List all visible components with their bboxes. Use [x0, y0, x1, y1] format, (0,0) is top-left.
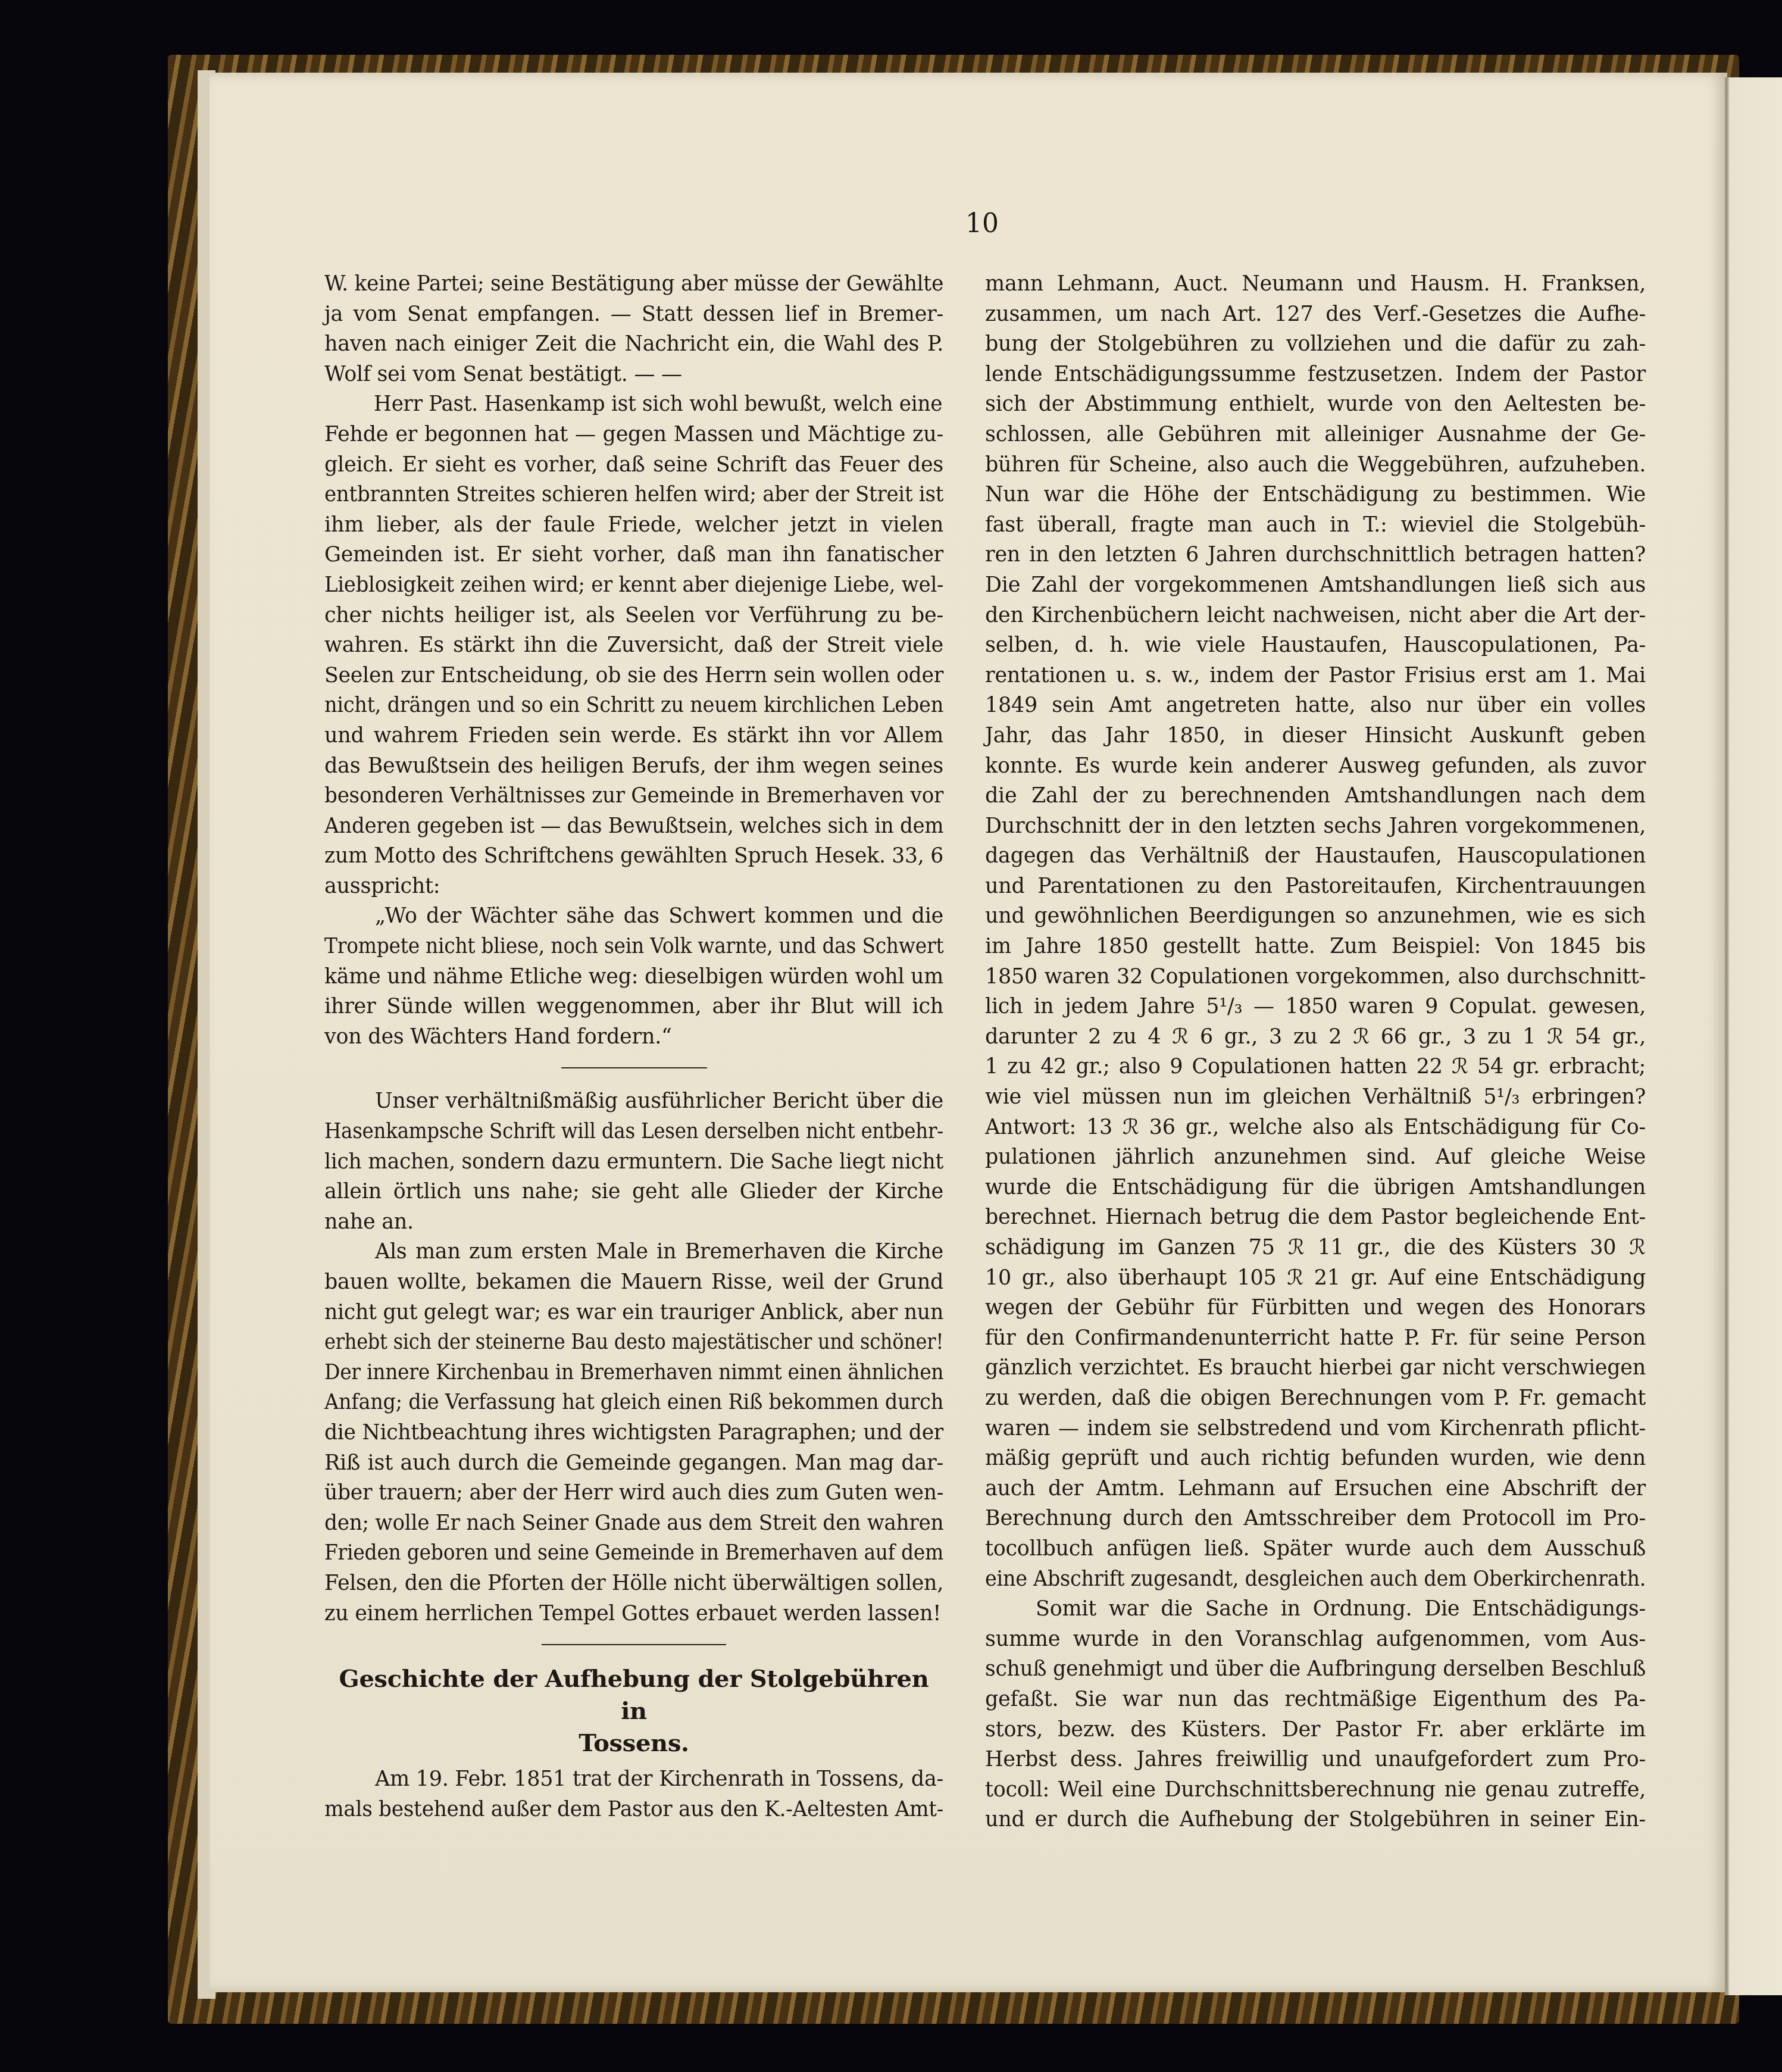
text-line: erhebt sich der steinerne Bau desto maje… — [324, 1327, 943, 1358]
text-line: rentationen u. s. w., indem der Pastor F… — [985, 661, 1646, 691]
text-line: ihm lieber, als der faule Friede, welche… — [324, 510, 943, 540]
section-heading-line: Tossens. — [324, 1727, 943, 1760]
text-line: 1 zu 42 gr.; also 9 Copulationen hatten … — [985, 1052, 1646, 1082]
text-line: gefaßt. Sie war nun das rechtmäßige Eige… — [985, 1685, 1646, 1715]
text-line: nicht, drängen und so ein Schritt zu neu… — [324, 690, 943, 721]
text-line: Unser verhältnißmäßig ausführlicher Beri… — [324, 1086, 943, 1117]
text-line: Anfang; die Verfassung hat gleich einen … — [324, 1387, 943, 1418]
text-line: Herbst dess. Jahres freiwillig und unauf… — [985, 1745, 1646, 1775]
text-line: tocoll: Weil eine Durchschnittsberechnun… — [985, 1775, 1646, 1805]
text-line: konnte. Es wurde kein anderer Ausweg gef… — [985, 751, 1646, 782]
text-line: Fehde er begonnen hat — gegen Massen und… — [324, 420, 943, 450]
paragraph: Somit war die Sache in Ordnung. Die Ents… — [985, 1594, 1646, 1835]
text-line: ihrer Sünde willen weggenommen, aber ihr… — [324, 992, 943, 1022]
text-line: Jahr, das Jahr 1850, in dieser Hinsicht … — [985, 721, 1646, 751]
text-line: W. keine Partei; seine Bestätigung aber … — [324, 269, 943, 299]
text-line: Seelen zur Entscheidung, ob sie des Herr… — [324, 661, 943, 691]
facing-page-edge — [1725, 77, 1782, 1995]
text-line: zu werden, daß die obigen Berechnungen v… — [985, 1383, 1646, 1414]
text-line: zu einem herrlichen Tempel Gottes erbaue… — [324, 1599, 943, 1629]
text-line: wurde die Entschädigung für die übrigen … — [985, 1173, 1646, 1203]
text-line: summe wurde in den Voranschlag aufgenomm… — [985, 1624, 1646, 1655]
text-line: Herr Past. Hasenkamp ist sich wohl bewuß… — [324, 389, 942, 420]
text-line: ren in den letzten 6 Jahren durchschnitt… — [985, 540, 1646, 570]
text-line: lich machen, sondern dazu ermuntern. Die… — [324, 1147, 943, 1177]
text-line: dagegen das Verhältniß der Haustaufen, H… — [985, 841, 1646, 871]
section-heading-line: Geschichte der Aufhebung der Stolgebühre… — [324, 1663, 943, 1727]
text-line: den Kirchenbüchern leicht nachweisen, ni… — [985, 601, 1646, 631]
text-line: tocollbuch anfügen ließ. Später wurde au… — [985, 1534, 1646, 1564]
text-line: Wolf sei vom Senat bestätigt. — — — [324, 360, 943, 390]
right-column: mann Lehmann, Auct. Neumann und Hausm. H… — [985, 269, 1646, 1835]
text-line: mals bestehend außer dem Pastor aus den … — [324, 1795, 943, 1825]
paragraph: Am 19. Febr. 1851 trat der Kirchenrath i… — [324, 1764, 943, 1824]
text-line: Der innere Kirchenbau in Bremerhaven nim… — [324, 1358, 943, 1388]
text-line: mäßig geprüft und auch richtig befunden … — [985, 1443, 1646, 1474]
text-line: nicht gut gelegt war; es war ein traurig… — [324, 1298, 943, 1328]
text-line: lich in jedem Jahre 5¹/₃ — 1850 waren 9 … — [985, 992, 1646, 1022]
text-line: und er durch die Aufhebung der Stolgebüh… — [985, 1805, 1646, 1835]
paragraph: Herr Past. Hasenkamp ist sich wohl bewuß… — [324, 389, 943, 901]
text-line: im Jahre 1850 gestellt hatte. Zum Beispi… — [985, 932, 1646, 962]
bible-quote: „Wo der Wächter sähe das Schwert kommen … — [324, 901, 943, 1052]
text-line: wahren. Es stärkt ihn die Zuversicht, da… — [324, 630, 943, 661]
paragraph: mann Lehmann, Auct. Neumann und Hausm. H… — [985, 269, 1646, 1594]
text-line: schlossen, alle Gebühren mit alleiniger … — [985, 420, 1646, 450]
text-line: Frieden geboren und seine Gemeinde in Br… — [324, 1538, 943, 1568]
text-line: Durchschnitt der in den letzten sechs Ja… — [985, 811, 1646, 842]
text-line: Berechnung durch den Amtsschreiber dem P… — [985, 1504, 1646, 1534]
text-line: und Parentationen zu den Pastoreitaufen,… — [985, 871, 1646, 902]
text-line: gänzlich verzichtet. Es braucht hierbei … — [985, 1353, 1646, 1383]
text-line: Am 19. Febr. 1851 trat der Kirchenrath i… — [324, 1764, 943, 1795]
text-line: Lieblosigkeit zeihen wird; er kennt aber… — [324, 570, 943, 601]
text-line: 10 gr., also überhaupt 105 ℛ 21 gr. Auf … — [985, 1263, 1646, 1293]
text-line: Trompete nicht bliese, noch sein Volk wa… — [324, 932, 943, 962]
text-line: Antwort: 13 ℛ 36 gr., welche also als En… — [985, 1112, 1646, 1143]
section-heading: Geschichte der Aufhebung der Stolgebühre… — [324, 1663, 943, 1760]
text-line: und gewöhnlichen Beerdigungen so anzuneh… — [985, 901, 1646, 932]
text-line: entbrannten Streites schieren helfen wir… — [324, 480, 943, 510]
page-number: 10 — [958, 208, 1006, 239]
text-line: berechnet. Hiernach betrug die dem Pasto… — [985, 1202, 1646, 1233]
text-line: pulationen jährlich anzunehmen sind. Auf… — [985, 1142, 1646, 1173]
text-line: waren — indem sie selbstredend und vom K… — [985, 1414, 1646, 1444]
text-line: sich der Abstimmung enthielt, wurde von … — [985, 389, 1646, 420]
text-line: zum Motto des Schriftchens gewählten Spr… — [324, 841, 943, 871]
paragraph: Unser verhältnißmäßig ausführlicher Beri… — [324, 1086, 943, 1237]
text-line: Nun war die Höhe der Entschädigung zu be… — [985, 480, 1646, 510]
text-line: haven nach einiger Zeit die Nachricht ei… — [324, 329, 943, 360]
text-line: allein örtlich uns nahe; sie geht alle G… — [324, 1177, 943, 1207]
text-line: bühren für Scheine, also auch die Weggeb… — [985, 450, 1646, 480]
text-line: stors, bezw. des Küsters. Der Pastor Fr.… — [985, 1715, 1646, 1745]
text-line: Als man zum ersten Male in Bremerhaven d… — [324, 1237, 943, 1267]
text-line: die Zahl der zu berechnenden Amtshandlun… — [985, 781, 1646, 811]
text-line: 1849 sein Amt angetreten hatte, also nur… — [985, 690, 1646, 721]
section-divider — [561, 1067, 707, 1068]
text-line: schädigung im Ganzen 75 ℛ 11 gr., die de… — [985, 1233, 1646, 1263]
paragraph: Als man zum ersten Male in Bremerhaven d… — [324, 1237, 943, 1629]
text-line: Somit war die Sache in Ordnung. Die Ents… — [985, 1594, 1646, 1624]
text-line: nahe an. — [324, 1207, 943, 1237]
text-line: auch der Amtm. Lehmann auf Ersuchen eine… — [985, 1474, 1646, 1504]
text-line: mann Lehmann, Auct. Neumann und Hausm. H… — [985, 269, 1646, 299]
section-divider — [542, 1644, 726, 1645]
left-column: W. keine Partei; seine Bestätigung aber … — [324, 269, 943, 1824]
text-line: gleich. Er sieht es vorher, daß seine Sc… — [324, 450, 943, 480]
text-line: für den Confirmandenunterricht hatte P. … — [985, 1323, 1646, 1354]
text-line: selben, d. h. wie viele Haustaufen, Haus… — [985, 630, 1646, 661]
text-line: Gemeinden ist. Er sieht vorher, daß man … — [324, 540, 943, 570]
text-line: zusammen, um nach Art. 127 des Verf.-Ges… — [985, 299, 1646, 330]
text-line: das Bewußtsein des heiligen Berufs, der … — [324, 751, 943, 782]
text-line: 1850 waren 32 Copulationen vorgekommen, … — [985, 962, 1646, 992]
text-line: die Nichtbeachtung ihres wichtigsten Par… — [324, 1418, 943, 1448]
text-line: über trauern; aber der Herr wird auch di… — [324, 1478, 943, 1508]
text-line: und wahrem Frieden sein werde. Es stärkt… — [324, 721, 943, 751]
text-line: fast überall, fragte man auch in T.: wie… — [985, 510, 1646, 540]
text-line: eine Abschrift zugesandt, desgleichen au… — [985, 1564, 1617, 1595]
text-line: von des Wächters Hand fordern.“ — [324, 1022, 943, 1052]
text-line: wegen der Gebühr für Fürbitten und wegen… — [985, 1293, 1646, 1323]
text-line: Riß ist auch durch die Gemeinde gegangen… — [324, 1448, 943, 1479]
text-line: bung der Stolgebühren zu vollziehen und … — [985, 329, 1646, 360]
text-line: cher nichts heiliger ist, als Seelen vor… — [324, 601, 943, 631]
text-line: bauen wollte, bekamen die Mauern Risse, … — [324, 1267, 943, 1298]
text-line: ja vom Senat empfangen. — Statt dessen l… — [324, 299, 943, 330]
text-line: den; wolle Er nach Seiner Gnade aus dem … — [324, 1508, 943, 1539]
text-line: wie viel müssen nun im gleichen Verhältn… — [985, 1082, 1646, 1112]
text-line: lende Entschädigungssumme festzusetzen. … — [985, 360, 1646, 390]
text-line: Felsen, den die Pforten der Hölle nicht … — [324, 1568, 943, 1599]
text-line: Hasenkampsche Schrift will das Lesen der… — [324, 1117, 943, 1147]
text-line: besonderen Verhältnisses zur Gemeinde in… — [324, 781, 943, 811]
text-line: Anderen gegeben ist — das Bewußtsein, we… — [324, 811, 943, 842]
paragraph: W. keine Partei; seine Bestätigung aber … — [324, 269, 943, 389]
text-line: „Wo der Wächter sähe das Schwert kommen … — [324, 901, 943, 932]
text-line: ausspricht: — [324, 871, 943, 902]
text-line: käme und nähme Etliche weg: dieselbigen … — [324, 962, 943, 992]
text-line: darunter 2 zu 4 ℛ 6 gr., 3 zu 2 ℛ 66 gr.… — [985, 1022, 1646, 1052]
text-line: schuß genehmigt und über die Aufbringung… — [985, 1654, 1646, 1685]
text-line: Die Zahl der vorgekommenen Amtshandlunge… — [985, 570, 1646, 601]
